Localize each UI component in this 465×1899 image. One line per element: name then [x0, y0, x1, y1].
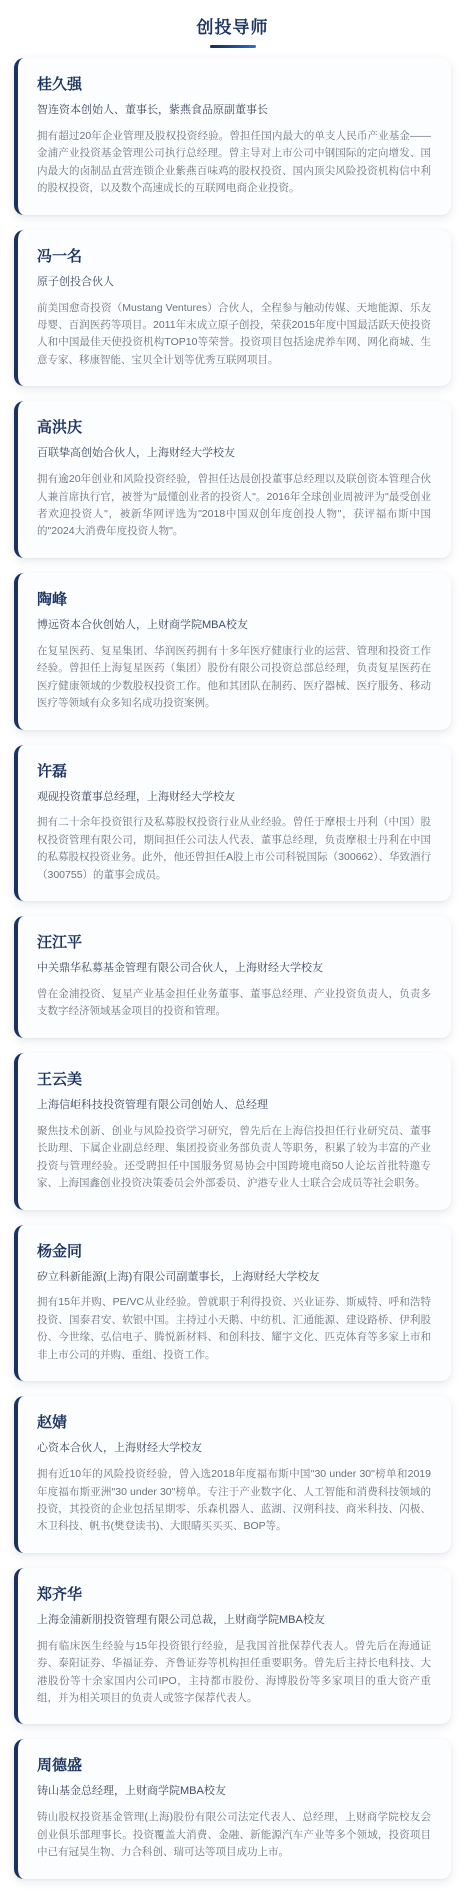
mentor-card: 王云美 上海信岠科技投资管理有限公司创始人、总经理 聚焦技术创新、创业与风险投资… — [14, 1053, 451, 1210]
mentor-list: 桂久强 智连资本创始人、董事长，紫燕食品原副董事长 拥有超过20年企业管理及股权… — [0, 48, 465, 1881]
mentor-title: 上海信岠科技投资管理有限公司创始人、总经理 — [37, 1098, 431, 1114]
mentor-title: 原子创投合伙人 — [37, 275, 431, 291]
mentor-bio: 拥有二十余年投资银行及私募股权投资行业从业经验。曾任于摩根士丹利（中国）股权投资… — [37, 814, 431, 884]
mentor-bio: 曾在金浦投资、复星产业基金担任业务董事、董事总经理、产业投资负责人，负责多支数字… — [37, 986, 431, 1021]
mentor-title: 中关鼎华私募基金管理有限公司合伙人，上海财经大学校友 — [37, 961, 431, 977]
mentor-title: 铸山基金总经理，上财商学院MBA校友 — [37, 1784, 431, 1800]
mentor-page: 创投导师 桂久强 智连资本创始人、董事长，紫燕食品原副董事长 拥有超过20年企业… — [0, 0, 465, 1899]
mentor-bio: 拥有15年并购、PE/VC从业经验。曾就职于利得投资、兴业证券、斯威特、呼和浩特… — [37, 1294, 431, 1364]
page-title: 创投导师 — [0, 13, 465, 38]
mentor-title: 心资本合伙人，上海财经大学校友 — [37, 1441, 431, 1457]
mentor-title: 观砚投资董事总经理，上海财经大学校友 — [37, 790, 431, 806]
mentor-bio: 铸山股权投资基金管理(上海)股份有限公司法定代表人、总经理，上财商学院校友会创业… — [37, 1809, 431, 1861]
mentor-card: 赵婧 心资本合伙人，上海财经大学校友 拥有近10年的风险投资经验，曾入选2018… — [14, 1396, 451, 1553]
mentor-name: 王云美 — [37, 1068, 431, 1089]
mentor-bio: 拥有逾20年创业和风险投资经验，曾担任达晨创投董事总经理以及联创资本管理合伙人兼… — [37, 471, 431, 541]
mentor-name: 冯一名 — [37, 245, 431, 266]
mentor-bio: 在复星医药、复星集团、华润医药拥有十多年医疗健康行业的运营、管理和投资工作经验。… — [37, 643, 431, 713]
mentor-bio: 拥有近10年的风险投资经验，曾入选2018年度福布斯中国"30 under 30… — [37, 1466, 431, 1536]
mentor-name: 桂久强 — [37, 73, 431, 94]
mentor-card: 周德盛 铸山基金总经理，上财商学院MBA校友 铸山股权投资基金管理(上海)股份有… — [14, 1739, 451, 1878]
mentor-name: 汪江平 — [37, 931, 431, 952]
mentor-card: 高洪庆 百联挚高创始合伙人，上海财经大学校友 拥有逾20年创业和风险投资经验，曾… — [14, 401, 451, 558]
mentor-card: 桂久强 智连资本创始人、董事长，紫燕食品原副董事长 拥有超过20年企业管理及股权… — [14, 58, 451, 215]
mentor-title: 智连资本创始人、董事长，紫燕食品原副董事长 — [37, 103, 431, 119]
mentor-card: 汪江平 中关鼎华私募基金管理有限公司合伙人，上海财经大学校友 曾在金浦投资、复星… — [14, 916, 451, 1038]
mentor-bio: 拥有临床医生经验与15年投资银行经验，是我国首批保荐代表人。曾先后在海通证券、泰… — [37, 1638, 431, 1708]
mentor-bio: 拥有超过20年企业管理及股权投资经验。曾担任国内最大的单支人民币产业基金——金浦… — [37, 128, 431, 198]
page-header: 创投导师 — [0, 0, 465, 48]
mentor-title: 百联挚高创始合伙人，上海财经大学校友 — [37, 446, 431, 462]
mentor-name: 郑齐华 — [37, 1583, 431, 1604]
mentor-bio: 聚焦技术创新、创业与风险投资学习研究，曾先后在上海信投担任行业研究员、董事长助理… — [37, 1123, 431, 1193]
mentor-title: 博远资本合伙创始人，上财商学院MBA校友 — [37, 618, 431, 634]
mentor-card: 许磊 观砚投资董事总经理，上海财经大学校友 拥有二十余年投资银行及私募股权投资行… — [14, 745, 451, 902]
mentor-card: 陶峰 博远资本合伙创始人，上财商学院MBA校友 在复星医药、复星集团、华润医药拥… — [14, 573, 451, 730]
mentor-title: 矽立科新能源(上海)有限公司副董事长，上海财经大学校友 — [37, 1270, 431, 1286]
mentor-card: 郑齐华 上海金浦新朋投资管理有限公司总裁，上财商学院MBA校友 拥有临床医生经验… — [14, 1568, 451, 1725]
mentor-bio: 前美国愈奇投资（Mustang Ventures）合伙人，全程参与触动传媒、天地… — [37, 300, 431, 370]
mentor-name: 杨金同 — [37, 1240, 431, 1261]
mentor-name: 赵婧 — [37, 1411, 431, 1432]
mentor-title: 上海金浦新朋投资管理有限公司总裁，上财商学院MBA校友 — [37, 1613, 431, 1629]
mentor-name: 周德盛 — [37, 1754, 431, 1775]
mentor-card: 杨金同 矽立科新能源(上海)有限公司副董事长，上海财经大学校友 拥有15年并购、… — [14, 1225, 451, 1382]
mentor-card: 冯一名 原子创投合伙人 前美国愈奇投资（Mustang Ventures）合伙人… — [14, 230, 451, 387]
mentor-name: 高洪庆 — [37, 416, 431, 437]
mentor-name: 许磊 — [37, 760, 431, 781]
mentor-name: 陶峰 — [37, 588, 431, 609]
